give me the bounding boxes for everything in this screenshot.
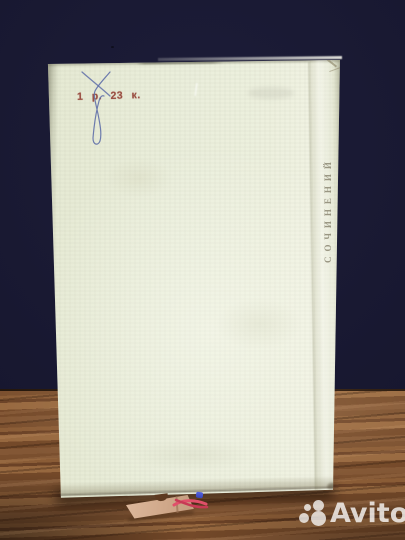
book-back-cover: 1 р. 23 к. СОЧИНЕНИЙ (44, 56, 346, 500)
cover-scratch (194, 83, 198, 96)
cover-stain (216, 298, 302, 350)
price-stamp: 1 р. 23 к. (77, 89, 141, 103)
spine-title-text: СОЧИНЕНИЙ (323, 135, 335, 285)
avito-watermark: Avito (294, 498, 402, 536)
cover-stain (106, 158, 172, 198)
cover-stain (130, 438, 256, 472)
avito-logo-circle (304, 504, 311, 511)
erased-pencil-smudge (248, 87, 294, 99)
avito-logo-circle (311, 511, 326, 526)
avito-logo-circle (299, 513, 309, 523)
cover-top-highlight (158, 56, 342, 60)
avito-logo-circle (313, 500, 324, 511)
pen-scribble (44, 56, 346, 500)
ribbon-marker (172, 496, 212, 516)
bookmark-tab (124, 492, 220, 522)
dust-speck (111, 46, 114, 48)
photo-scene: 1 р. 23 к. СОЧИНЕНИЙ Avito (0, 0, 405, 540)
avito-wordmark: Avito (330, 498, 405, 529)
blue-speck (196, 492, 204, 499)
